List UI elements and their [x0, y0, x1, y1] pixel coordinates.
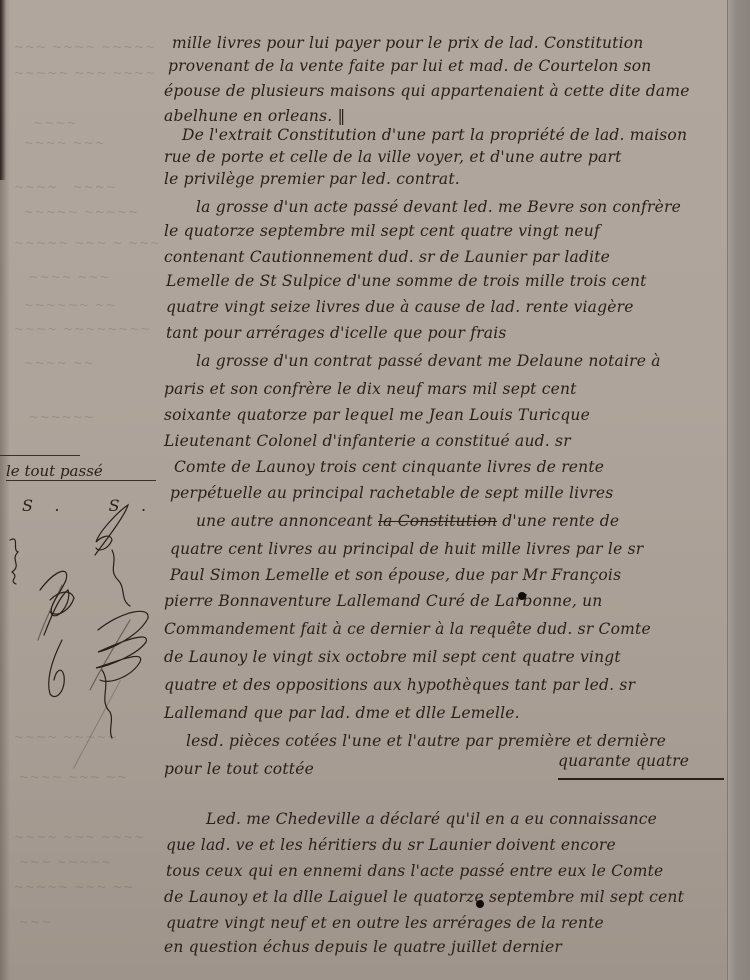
text-line: soixante quatorze par lequel me Jean Lou…	[164, 406, 590, 424]
bleed-through-text: ~~~~ ~~~~~~~~	[14, 322, 164, 336]
text-line: quatre vingt neuf et en outre les arréra…	[166, 914, 604, 932]
text-line: la grosse d'un acte passé devant led. me…	[196, 198, 681, 216]
text-line: une autre annonceant la Constitution d'u…	[196, 512, 619, 530]
ink-blot	[518, 592, 526, 600]
bleed-through-text: ~~~~ ~~~ ~~~~	[14, 830, 164, 844]
bleed-through-text: ~~~~~~ ~~	[14, 298, 164, 312]
struck-text: la Constitution	[378, 512, 497, 530]
text-line: Commandement fait à ce dernier à la requ…	[164, 620, 651, 638]
text-line: Paul Simon Lemelle et son épouse, due pa…	[170, 566, 621, 584]
text-segment: d'une rente de	[497, 512, 619, 530]
bleed-through-text: ~~~~~ ~~~ ~~~~	[14, 66, 164, 80]
text-line: en question échus depuis le quatre juill…	[164, 938, 562, 956]
bleed-through-text: ~~~~~ ~~~~~	[14, 205, 164, 219]
text-line: De l'extrait Constitution d'une part la …	[182, 126, 687, 144]
text-line-amount: quarante quatre	[558, 752, 689, 770]
amount-underline	[558, 778, 724, 780]
bleed-through-text: ~~~~ ~~~	[14, 270, 164, 284]
text-line: lesd. pièces cotées l'une et l'autre par…	[186, 732, 666, 750]
bleed-through-text: ~~~~ ~~~~	[14, 180, 164, 194]
text-line: de Launoy le vingt six octobre mil sept …	[164, 648, 621, 666]
text-line: que lad. ve et les héritiers du sr Launi…	[166, 836, 616, 854]
text-line: tant pour arrérages d'icelle que pour fr…	[166, 324, 507, 342]
text-line: Lallemand que par lad. dme et dlle Lemel…	[164, 704, 520, 722]
margin-note: le tout passé	[6, 462, 103, 480]
text-line: paris et son confrère le dix neuf mars m…	[164, 380, 577, 398]
text-line: Led. me Chedeville a déclaré qu'il en a …	[206, 810, 657, 828]
text-line: Lemelle de St Sulpice d'une somme de tro…	[166, 272, 647, 290]
text-line: de Launoy et la dlle Laiguel le quatorze…	[164, 888, 684, 906]
text-line: Lieutenant Colonel d'infanterie a consti…	[164, 432, 571, 450]
text-line: abelhune en orleans. ‖	[164, 107, 345, 125]
text-line: pierre Bonnaventure Lallemand Curé de La…	[164, 592, 602, 610]
ink-blot	[476, 900, 484, 908]
text-line: provenant de la vente faite par lui et m…	[168, 57, 651, 75]
text-line: le privilège premier par led. contrat.	[164, 170, 460, 188]
text-line: quatre cent livres au principal de huit …	[170, 540, 643, 558]
bleed-through-text: ~~~ ~~~~ ~~~~~	[14, 40, 164, 54]
text-line: quatre et des oppositions aux hypothèque…	[164, 676, 635, 694]
bleed-through-text: ~~~~~ ~~~ ~~	[14, 880, 164, 894]
text-line: Comte de Launoy trois cent cinquante liv…	[174, 458, 604, 476]
bleed-through-text: ~~~~~~	[14, 410, 164, 424]
bleed-through-text: ~~~~	[14, 116, 164, 130]
text-line: quatre vingt seize livres due à cause de…	[166, 298, 634, 316]
text-line: tous ceux qui en ennemi dans l'acte pass…	[166, 862, 663, 880]
text-line: pour le tout cottée	[164, 760, 314, 778]
flourish-signature-2	[40, 571, 69, 635]
text-segment: une autre annonceant	[196, 512, 378, 530]
manuscript-page: ~~~ ~~~~ ~~~~~ ~~~~~ ~~~ ~~~~ ~~~~ ~~~~ …	[0, 0, 750, 980]
bleed-through-text: ~~~	[14, 915, 164, 929]
bleed-through-text: ~~~~ ~~~ ~~	[14, 770, 164, 784]
flourish-signature-3	[96, 611, 148, 681]
page-edge-shadow	[727, 0, 750, 980]
text-line: mille livres pour lui payer pour le prix…	[172, 34, 643, 52]
text-line: la grosse d'un contrat passé devant me D…	[196, 352, 661, 370]
margin-rule	[0, 455, 80, 456]
text-line: épouse de plusieurs maisons qui apparten…	[164, 82, 690, 100]
text-line: le quatorze septembre mil sept cent quat…	[164, 222, 600, 240]
bleed-through-text: ~~~ ~~~~~	[14, 855, 164, 869]
bleed-through-text: ~~~~ ~~~	[14, 136, 164, 150]
text-line: perpétuelle au principal rachetable de s…	[170, 484, 613, 502]
text-line: contenant Cautionnement dud. sr de Launi…	[164, 248, 610, 266]
flourish-signature-1	[95, 505, 128, 555]
text-line: rue de porte et celle de la ville voyer,…	[164, 148, 622, 166]
signature-flourishes	[0, 480, 160, 740]
binding-shadow	[0, 0, 6, 180]
bleed-through-text: ~~~~~ ~~~ ~ ~~~	[14, 236, 164, 250]
bleed-through-text: ~~~~ ~~	[14, 356, 164, 370]
